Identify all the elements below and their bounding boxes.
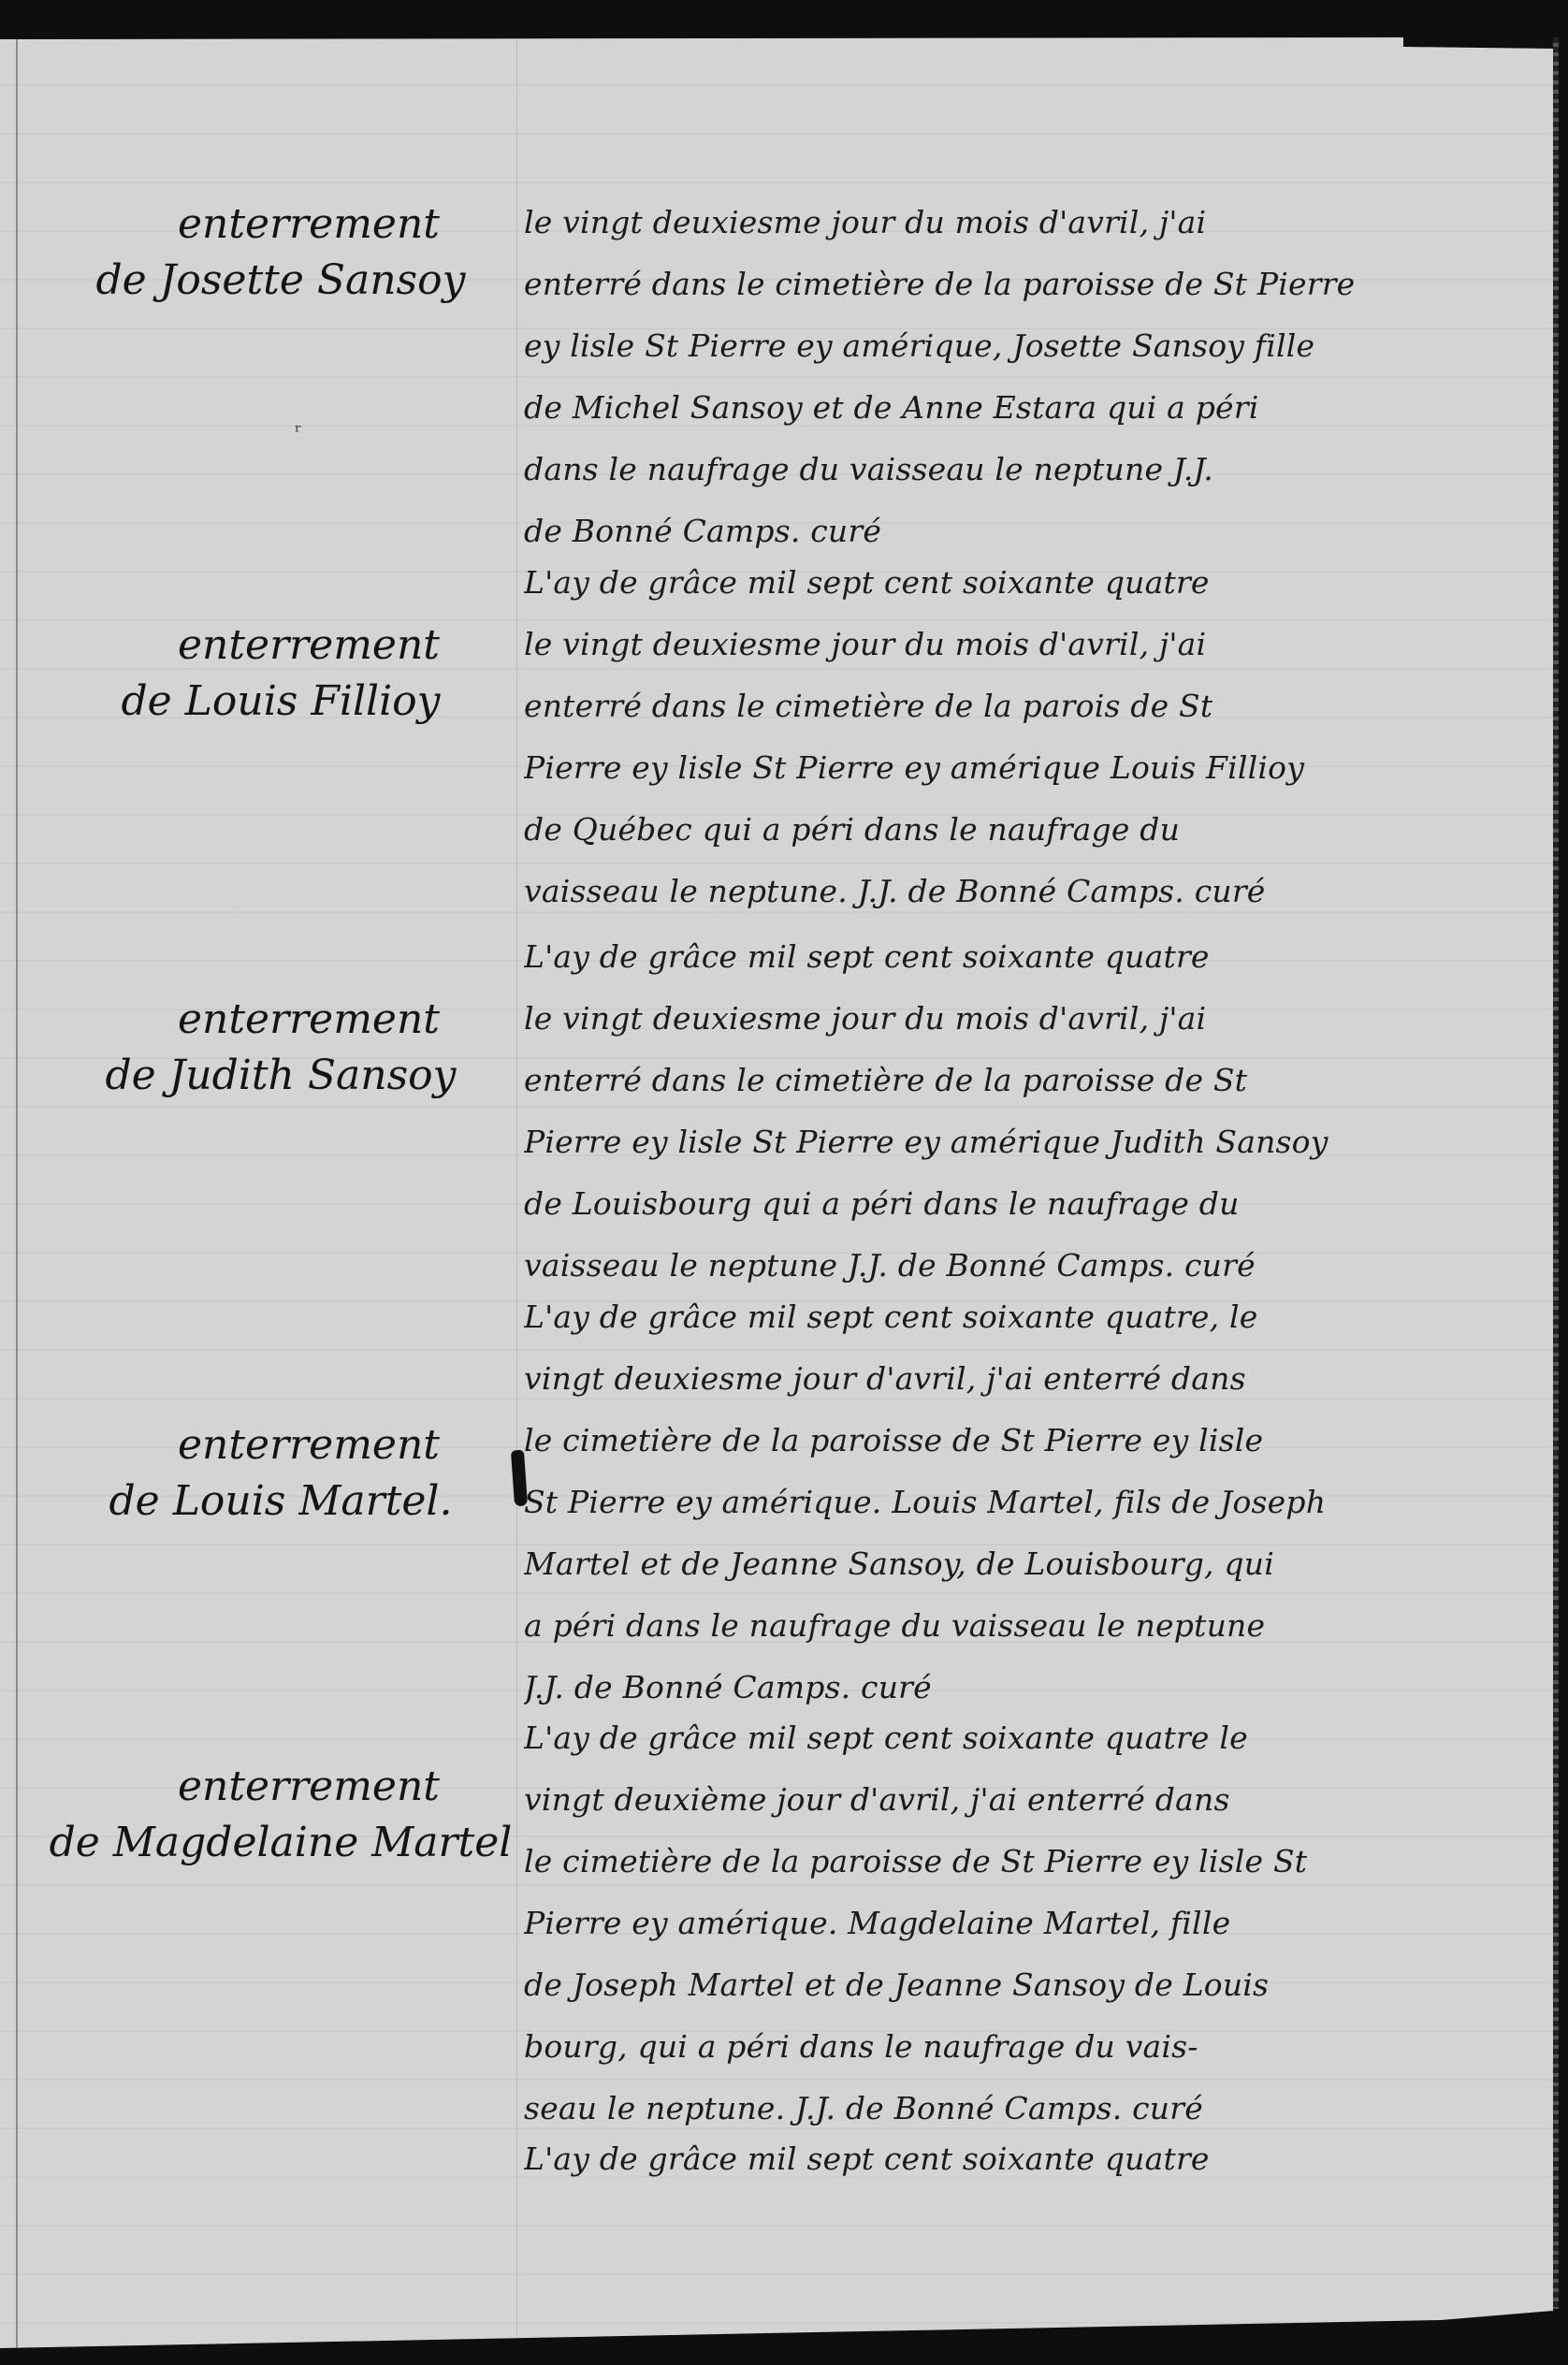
margin-title-line: enterrement xyxy=(37,1759,524,1815)
entry-line: Pierre ey lisle St Pierre ey amérique Lo… xyxy=(524,737,1497,799)
entry-margin-title: enterrement de Magdelaine Martel xyxy=(37,1759,524,1871)
entry-body: le vingt deuxiesme jour du mois d'avril,… xyxy=(524,192,1497,562)
column-rule xyxy=(516,37,517,2348)
entry-line: L'ay de grâce mil sept cent soixante qua… xyxy=(524,926,1497,988)
entry-body: L'ay de grâce mil sept cent soixante qua… xyxy=(524,552,1497,922)
entry-line: le cimetière de la paroisse de St Pierre… xyxy=(524,1831,1497,1893)
entry-line: enterré dans le cimetière de la paroisse… xyxy=(524,254,1497,315)
margin-title-name: de Louis Fillioy xyxy=(56,674,505,730)
entry-margin-title: enterrement de Louis Fillioy xyxy=(56,617,505,730)
entry-line: L'ay de grâce mil sept cent soixante qua… xyxy=(524,552,1497,614)
margin-title-line: enterrement xyxy=(56,992,505,1048)
entry-line: vingt deuxiesme jour d'avril, j'ai enter… xyxy=(524,1348,1497,1410)
entry-line: vaisseau le neptune. J.J. de Bonné Camps… xyxy=(524,861,1497,922)
margin-title-line: enterrement xyxy=(56,196,505,253)
entry-line: de Louisbourg qui a péri dans le naufrag… xyxy=(524,1173,1497,1235)
entry-line: le vingt deuxiesme jour du mois d'avril,… xyxy=(524,614,1497,675)
margin-title-name: de Louis Martel. xyxy=(56,1473,505,1530)
entry-line: L'ay de grâce mil sept cent soixante qua… xyxy=(524,1707,1497,1769)
entry-margin-title: enterrement de Louis Martel. xyxy=(56,1417,505,1530)
entry-line: vingt deuxième jour d'avril, j'ai enterr… xyxy=(524,1769,1497,1831)
margin-title-line: enterrement xyxy=(56,1417,505,1473)
entry-margin-title: enterrement de Josette Sansoy xyxy=(56,196,505,309)
entry-line: dans le naufrage du vaisseau le neptune … xyxy=(524,439,1497,501)
entry-line: bourg, qui a péri dans le naufrage du va… xyxy=(524,2016,1497,2078)
entry-body: L'ay de grâce mil sept cent soixante qua… xyxy=(524,2128,1497,2190)
entry-margin-title: enterrement de Judith Sansoy xyxy=(56,992,505,1104)
entry-line: St Pierre ey amérique. Louis Martel, fil… xyxy=(524,1472,1497,1533)
margin-title-name: de Josette Sansoy xyxy=(56,253,505,309)
entry-line: Pierre ey lisle St Pierre ey amérique Ju… xyxy=(524,1111,1497,1173)
entry-line: le cimetière de la paroisse de St Pierre… xyxy=(524,1410,1497,1472)
page-right-edge xyxy=(1553,37,1559,2309)
left-margin-rule xyxy=(16,37,18,2348)
entry-line: Pierre ey amérique. Magdelaine Martel, f… xyxy=(524,1893,1497,1954)
entry-body: L'ay de grâce mil sept cent soixante qua… xyxy=(524,926,1497,1297)
margin-title-name: de Magdelaine Martel xyxy=(37,1815,524,1871)
register-page: enterrement de Josette Sansoy le vingt d… xyxy=(0,37,1553,2348)
entry-line: Martel et de Jeanne Sansoy, de Louisbour… xyxy=(524,1533,1497,1595)
entry-line: ey lisle St Pierre ey amérique, Josette … xyxy=(524,315,1497,377)
entry-line: enterré dans le cimetière de la parois d… xyxy=(524,675,1497,737)
entry-line: le vingt deuxiesme jour du mois d'avril,… xyxy=(524,192,1497,254)
entry-line: L'ay de grâce mil sept cent soixante qua… xyxy=(524,2128,1497,2190)
entry-line: de Joseph Martel et de Jeanne Sansoy de … xyxy=(524,1954,1497,2016)
entry-line: a péri dans le naufrage du vaisseau le n… xyxy=(524,1595,1497,1657)
entry-line: enterré dans le cimetière de la paroisse… xyxy=(524,1050,1497,1111)
entry-line: L'ay de grâce mil sept cent soixante qua… xyxy=(524,1286,1497,1348)
entry-body: L'ay de grâce mil sept cent soixante qua… xyxy=(524,1707,1497,2140)
stray-mark: ʳ xyxy=(295,421,302,444)
entry-line: de Québec qui a péri dans le naufrage du xyxy=(524,799,1497,861)
entry-line: le vingt deuxiesme jour du mois d'avril,… xyxy=(524,988,1497,1050)
entry-body: L'ay de grâce mil sept cent soixante qua… xyxy=(524,1286,1497,1719)
entry-line: de Michel Sansoy et de Anne Estara qui a… xyxy=(524,377,1497,439)
margin-title-line: enterrement xyxy=(56,617,505,674)
margin-title-name: de Judith Sansoy xyxy=(56,1048,505,1104)
scanned-document-frame: enterrement de Josette Sansoy le vingt d… xyxy=(0,0,1568,2365)
